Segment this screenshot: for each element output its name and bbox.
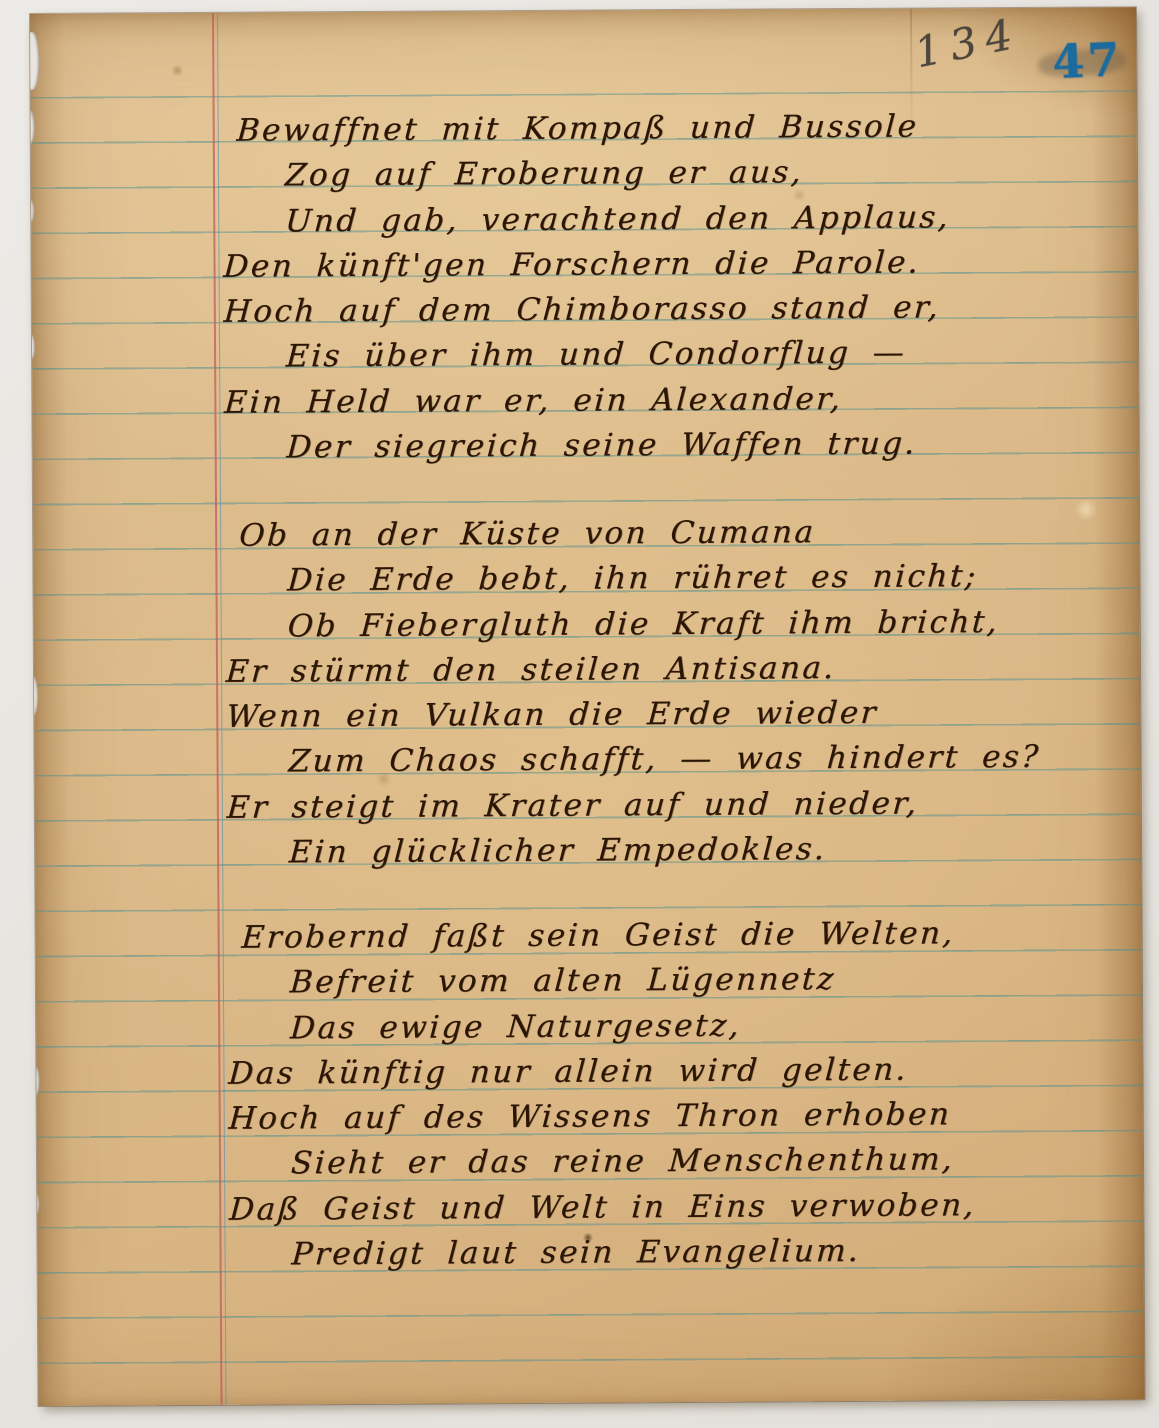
- poem-line: Hoch auf des Wissens Thron erhoben: [227, 1092, 1126, 1143]
- poem-line: Er steigt im Krater auf und nieder,: [225, 780, 1124, 831]
- poem-line: Ob an der Küste von Cumana: [238, 508, 1123, 559]
- poem-line: Wenn ein Vulkan die Erde wieder: [225, 690, 1124, 741]
- poem-line: Der siegreich seine Waffen trug.: [285, 420, 1122, 470]
- paper-stain: [170, 65, 184, 76]
- poem-line: Hoch auf dem Chimborasso stand er,: [222, 285, 1121, 336]
- handwritten-poem: Bewaffnet mit Kompaß und Bussole Zog auf…: [222, 7, 1118, 12]
- stamp-page-number: 47: [1051, 32, 1123, 89]
- paper-sheet: 134 47 Bewaffnet mit Kompaß und Bussole …: [30, 7, 1144, 1406]
- poem-line: Die Erde bebt, ihn rühret es nicht;: [286, 554, 1123, 604]
- poem-line: Er stürmt den steilen Antisana.: [225, 644, 1124, 695]
- stanza-2: Ob an der Küste von Cumana Die Erde bebt…: [225, 508, 1123, 876]
- poem-line: Daß Geist und Welt in Eins verwoben,: [228, 1182, 1127, 1233]
- poem-line: Sieht er das reine Menschenthum,: [290, 1137, 1127, 1187]
- scanner-background: { "document": { "description": "Scanned …: [0, 0, 1159, 1428]
- stanza-3: Erobernd faßt sein Geist die Welten, Bef…: [228, 910, 1126, 1278]
- poem-line: Eis über ihm und Condorflug —: [285, 330, 1122, 380]
- poem-line: Ob Fiebergluth die Kraft ihm bricht,: [286, 599, 1123, 649]
- poem-line: Das ewige Naturgesetz,: [289, 1001, 1126, 1051]
- poem-line: Predigt laut sein Evangelium.: [290, 1227, 1127, 1277]
- pencil-page-number: 134: [910, 8, 1025, 77]
- poem-line: Erobernd faßt sein Geist die Welten,: [240, 910, 1125, 961]
- poem-line: Zum Chaos schafft, — was hindert es?: [287, 735, 1124, 785]
- poem-line: Befreit vom alten Lügennetz: [288, 956, 1125, 1006]
- torn-edge-notch: [31, 1066, 39, 1096]
- poem-line: Und gab, verachtend den Applaus,: [284, 194, 1121, 244]
- poem-line: Ein Held war er, ein Alexander,: [223, 375, 1122, 426]
- torn-edge-notch: [33, 1194, 39, 1214]
- poem-line: Bewaffnet mit Kompaß und Bussole: [235, 103, 1120, 154]
- stanza-1: Bewaffnet mit Kompaß und Bussole Zog auf…: [223, 103, 1121, 471]
- poem-line: Den künft'gen Forschern die Parole.: [222, 239, 1121, 290]
- poem-line: Ein glücklicher Empedokles.: [288, 825, 1125, 875]
- torn-edge-notch: [30, 32, 39, 90]
- poem-line: Das künftig nur allein wird gelten.: [227, 1046, 1126, 1097]
- poem-line: Zog auf Eroberung er aus,: [284, 149, 1121, 199]
